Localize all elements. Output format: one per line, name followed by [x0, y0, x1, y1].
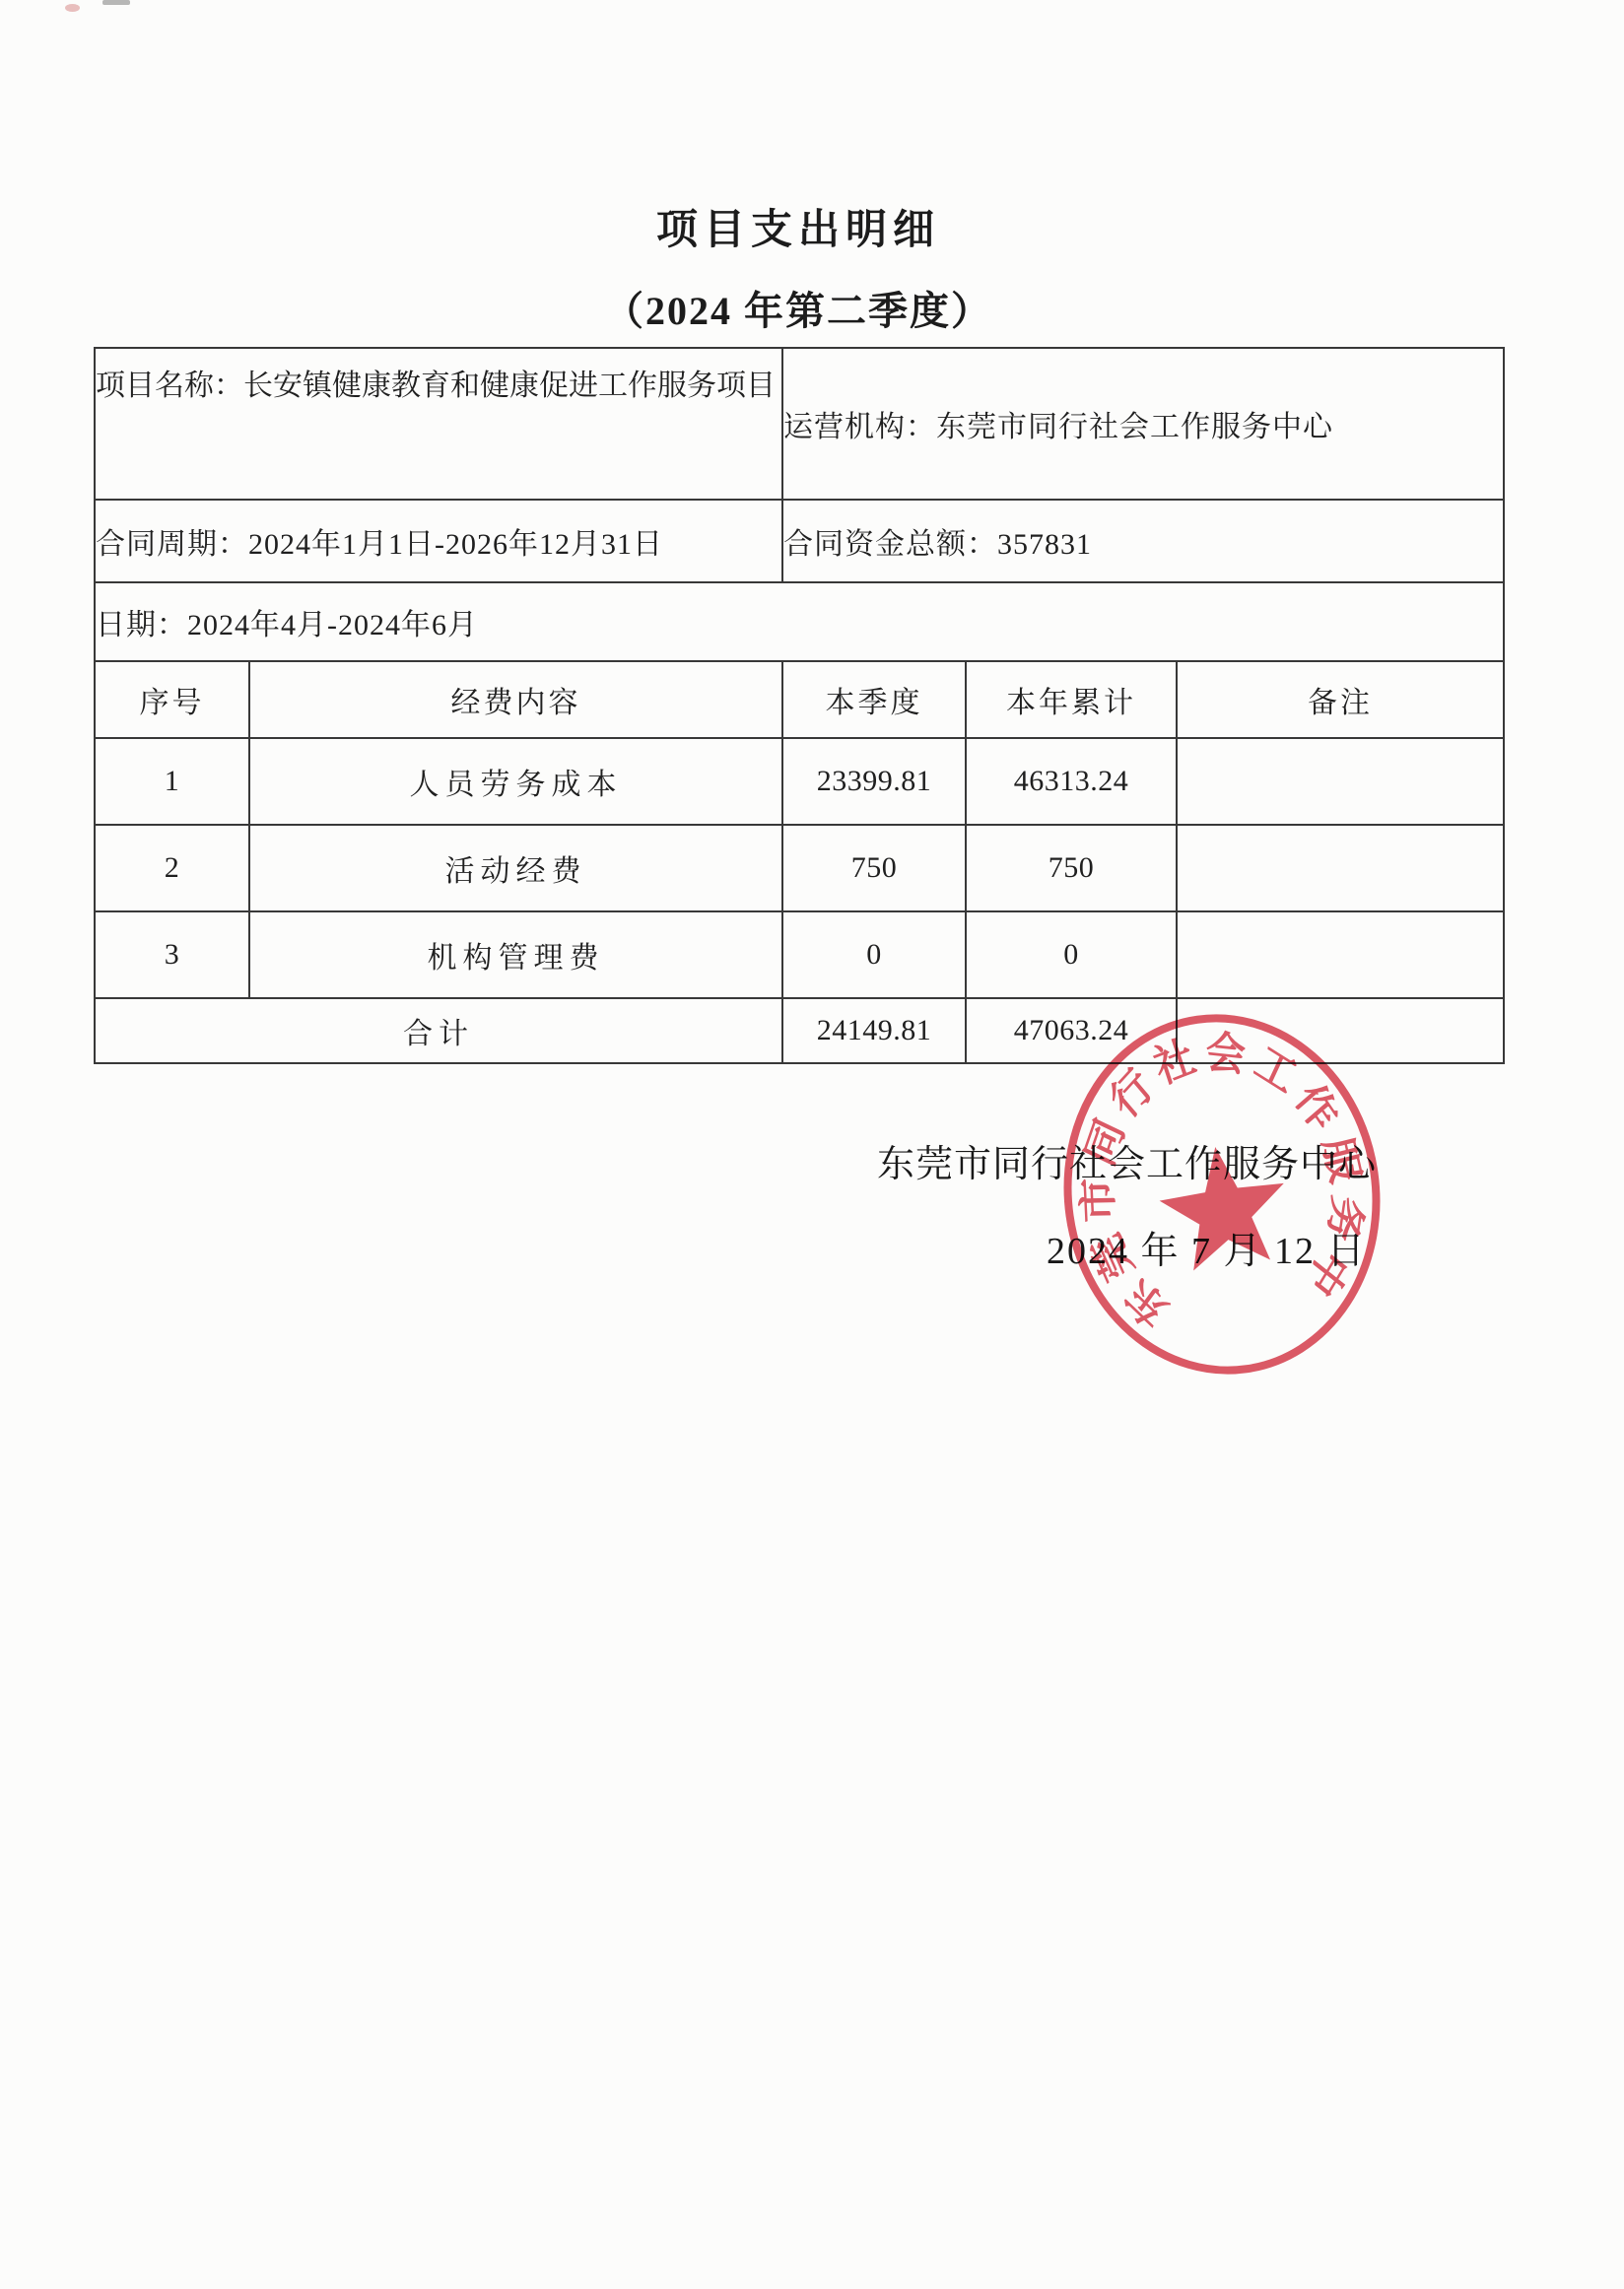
row3-quarter: 0 [782, 911, 966, 998]
total-row: 合计 24149.81 47063.24 [95, 998, 1504, 1063]
contract-fund-label: 合同资金总额： [783, 528, 997, 561]
info-row-date: 日期：2024年4月-2024年6月 [95, 582, 1504, 661]
col-header-note: 备注 [1177, 661, 1504, 738]
cell-operator: 运营机构：东莞市同行社会工作服务中心 [782, 348, 1504, 500]
operator-value: 东莞市同行社会工作服务中心 [936, 411, 1333, 443]
report-period-value: 2024年4月-2024年6月 [187, 609, 478, 641]
total-ytd: 47063.24 [966, 998, 1177, 1063]
col-header-no: 序号 [95, 661, 249, 738]
row1-quarter: 23399.81 [782, 738, 966, 825]
scan-artifact-smudge [102, 0, 130, 5]
row2-note [1177, 825, 1504, 911]
row3-no: 3 [95, 911, 249, 998]
table-row: 1 人员劳务成本 23399.81 46313.24 [95, 738, 1504, 825]
row3-note [1177, 911, 1504, 998]
total-quarter: 24149.81 [782, 998, 966, 1063]
signature-date: 2024 年 7 月 12 日 [1047, 1220, 1367, 1274]
cell-project-name: 项目名称：长安镇健康教育和健康促进工作服务项目 [95, 348, 782, 500]
total-note [1177, 998, 1504, 1063]
cell-contract-period: 合同周期：2024年1月1日-2026年12月31日 [95, 500, 782, 582]
row1-note [1177, 738, 1504, 825]
report-period-label: 日期： [96, 609, 187, 641]
cell-report-period: 日期：2024年4月-2024年6月 [95, 582, 1504, 661]
page-subtitle: （2024 年第二季度） [94, 280, 1503, 336]
signature-org: 东莞市同行社会工作服务中心 [877, 1133, 1377, 1187]
row2-item: 活动经费 [249, 825, 782, 911]
row3-item: 机构管理费 [249, 911, 782, 998]
contract-fund-value: 357831 [997, 528, 1092, 561]
col-header-quarter: 本季度 [782, 661, 966, 738]
info-row-contract: 合同周期：2024年1月1日-2026年12月31日 合同资金总额：357831 [95, 500, 1504, 582]
row3-ytd: 0 [966, 911, 1177, 998]
page-title: 项目支出明细 [94, 197, 1503, 256]
row1-item: 人员劳务成本 [249, 738, 782, 825]
header-row: 序号 经费内容 本季度 本年累计 备注 [95, 661, 1504, 738]
project-name-label: 项目名称： [96, 370, 243, 402]
table-row: 2 活动经费 750 750 [95, 825, 1504, 911]
table-row: 3 机构管理费 0 0 [95, 911, 1504, 998]
row2-quarter: 750 [782, 825, 966, 911]
row1-ytd: 46313.24 [966, 738, 1177, 825]
row2-no: 2 [95, 825, 249, 911]
row2-ytd: 750 [966, 825, 1177, 911]
cell-contract-fund: 合同资金总额：357831 [782, 500, 1504, 582]
scan-artifact-red [65, 4, 80, 12]
total-label: 合计 [95, 998, 782, 1063]
project-name-value: 长安镇健康教育和健康促进工作服务项目 [243, 370, 776, 402]
col-header-ytd: 本年累计 [966, 661, 1177, 738]
row1-no: 1 [95, 738, 249, 825]
col-header-item: 经费内容 [249, 661, 782, 738]
contract-period-label: 合同周期： [96, 528, 248, 561]
expense-table: 项目名称：长安镇健康教育和健康促进工作服务项目 运营机构：东莞市同行社会工作服务… [94, 347, 1505, 1064]
operator-label: 运营机构： [783, 411, 936, 443]
contract-period-value: 2024年1月1日-2026年12月31日 [248, 528, 663, 561]
info-row-project: 项目名称：长安镇健康教育和健康促进工作服务项目 运营机构：东莞市同行社会工作服务… [95, 348, 1504, 500]
